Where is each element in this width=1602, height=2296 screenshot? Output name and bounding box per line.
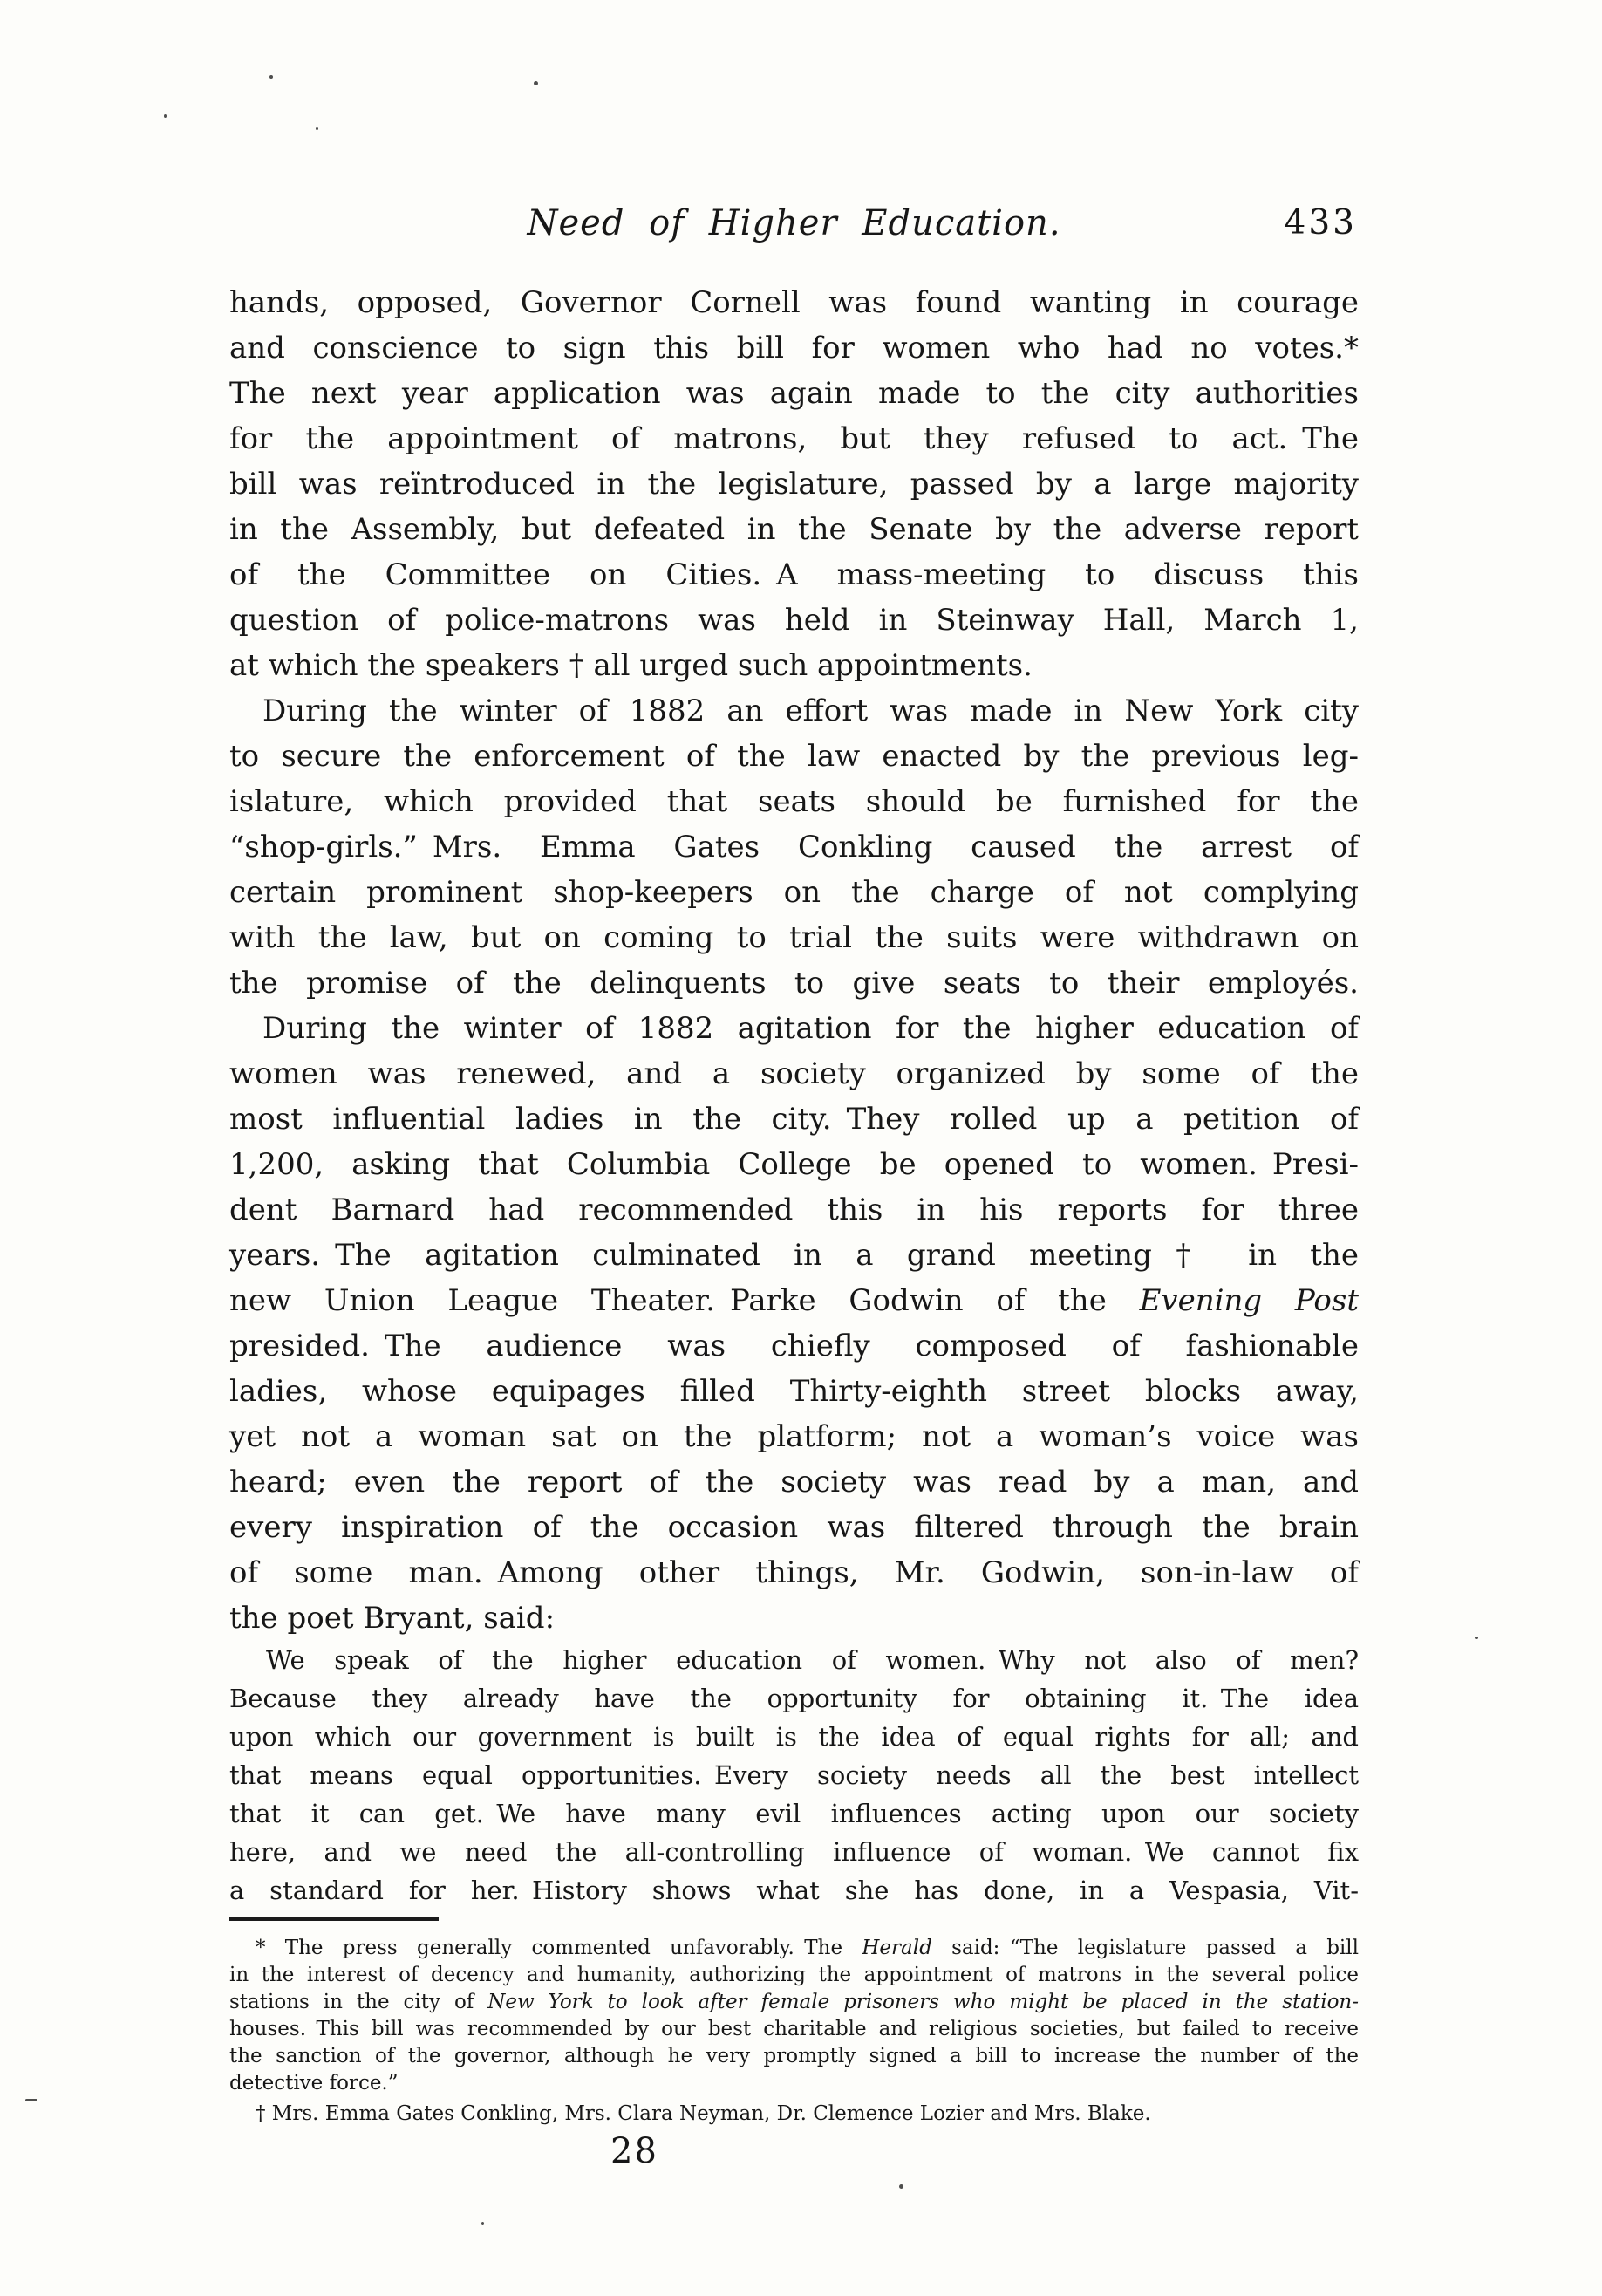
scan-speck [164, 114, 167, 118]
text-line: * The press generally commented unfavora… [229, 1935, 1359, 1962]
text-line: the promise of the delinquents to give s… [229, 960, 1359, 1006]
text-line: ladies, whose equipages filled Thirty-ei… [229, 1369, 1359, 1414]
paragraph-2: During the winter of 1882 an effort was … [229, 688, 1359, 1006]
text-line: in the Assembly, but defeated in the Sen… [229, 507, 1359, 552]
text-line: the poet Bryant, said: [229, 1596, 1359, 1641]
text-line: We speak of the higher education of wome… [229, 1641, 1359, 1679]
text-line: that means equal opportunities. Every so… [229, 1756, 1359, 1794]
text-line: detective force.” [229, 2070, 1359, 2097]
text-line: yet not a woman sat on the platform; not… [229, 1414, 1359, 1459]
text-line: The next year application was again made… [229, 371, 1359, 416]
text-line: “shop-girls.” Mrs. Emma Gates Conkling c… [229, 824, 1359, 870]
scan-speck [1475, 1637, 1478, 1639]
text-line: most influential ladies in the city. The… [229, 1097, 1359, 1142]
signature-number: 28 [610, 2131, 1359, 2171]
footnote-dagger: † Mrs. Emma Gates Conkling, Mrs. Clara N… [229, 2101, 1359, 2128]
text-line: † Mrs. Emma Gates Conkling, Mrs. Clara N… [229, 2101, 1359, 2128]
text-line: hands, opposed, Governor Cornell was fou… [229, 280, 1359, 325]
body-text: hands, opposed, Governor Cornell was fou… [229, 280, 1359, 2171]
text-line: new Union League Theater. Parke Godwin o… [229, 1278, 1359, 1323]
page-header: Need of Higher Education. 433 [229, 201, 1359, 246]
text-line: certain prominent shop-keepers on the ch… [229, 870, 1359, 915]
text-line: islature, which provided that seats shou… [229, 779, 1359, 824]
scan-speck [316, 127, 318, 130]
text-line: the sanction of the governor, although h… [229, 2043, 1359, 2070]
text-line: a standard for her. History shows what s… [229, 1871, 1359, 1910]
text-line: of the Committee on Cities. A mass-meeti… [229, 552, 1359, 598]
text-line: During the winter of 1882 agitation for … [229, 1006, 1359, 1051]
scan-speck [269, 75, 273, 79]
text-line: heard; even the report of the society wa… [229, 1459, 1359, 1505]
paragraph-3: During the winter of 1882 agitation for … [229, 1006, 1359, 1641]
text-line: question of police-matrons was held in S… [229, 598, 1359, 643]
text-line: at which the speakers † all urged such a… [229, 643, 1359, 688]
paragraph-1: hands, opposed, Governor Cornell was fou… [229, 280, 1359, 688]
text-line: that it can get. We have many evil influ… [229, 1794, 1359, 1833]
scan-speck [899, 2184, 903, 2189]
running-head: Need of Higher Education. [229, 201, 1359, 246]
text-line: Because they already have the opportunit… [229, 1679, 1359, 1718]
text-column: Need of Higher Education. 433 hands, opp… [229, 201, 1359, 2171]
text-line: bill was reïntroduced in the legislature… [229, 461, 1359, 507]
text-line: of some man. Among other things, Mr. God… [229, 1550, 1359, 1596]
text-line: to secure the enforcement of the law ena… [229, 734, 1359, 779]
text-line: here, and we need the all-controlling in… [229, 1833, 1359, 1871]
text-line: and conscience to sign this bill for wom… [229, 325, 1359, 371]
text-line: years. The agitation culminated in a gra… [229, 1233, 1359, 1278]
text-line: dent Barnard had recommended this in his… [229, 1187, 1359, 1233]
text-line: for the appointment of matrons, but they… [229, 416, 1359, 461]
text-line: every inspiration of the occasion was fi… [229, 1505, 1359, 1550]
text-line: stations in the city of New York to look… [229, 1989, 1359, 2016]
scan-speck [481, 2222, 484, 2225]
scan-speck [534, 81, 538, 85]
book-page: Need of Higher Education. 433 hands, opp… [0, 0, 1602, 2296]
page-number: 433 [1285, 203, 1357, 243]
text-line: houses. This bill was recommended by our… [229, 2016, 1359, 2043]
footnote-asterisk: * The press generally commented unfavora… [229, 1935, 1359, 2097]
footnote-rule [229, 1917, 439, 1921]
text-line: with the law, but on coming to trial the… [229, 915, 1359, 960]
scan-speck [25, 2099, 37, 2101]
block-quote: We speak of the higher education of wome… [229, 1641, 1359, 1910]
text-line: in the interest of decency and humanity,… [229, 1962, 1359, 1989]
text-line: women was renewed, and a society organiz… [229, 1051, 1359, 1097]
text-line: 1,200, asking that Columbia College be o… [229, 1142, 1359, 1187]
text-line: upon which our government is built is th… [229, 1718, 1359, 1756]
text-line: During the winter of 1882 an effort was … [229, 688, 1359, 734]
text-line: presided. The audience was chiefly compo… [229, 1323, 1359, 1369]
